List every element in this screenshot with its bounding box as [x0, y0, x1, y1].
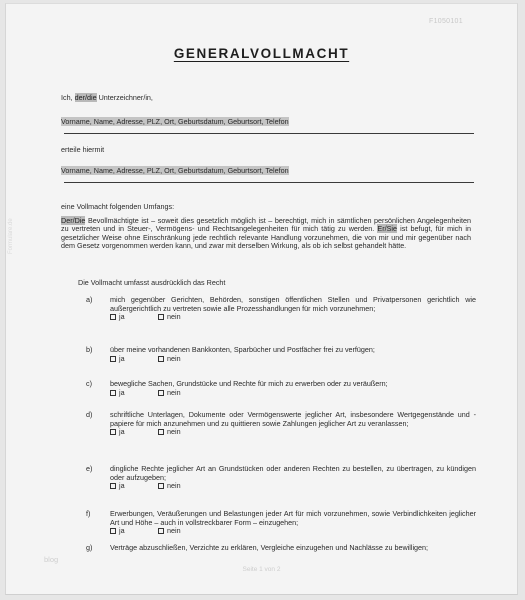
item-letter: b) — [86, 346, 92, 355]
agent-field-line — [64, 182, 474, 183]
item-text: bewegliche Sachen, Grundstücke und Recht… — [110, 380, 476, 389]
item-text: dingliche Rechte jeglicher Art an Grunds… — [110, 465, 476, 482]
no-option[interactable]: nein — [158, 313, 206, 322]
no-checkbox[interactable] — [158, 356, 164, 362]
item-letter: d) — [86, 411, 92, 420]
yes-option[interactable]: ja — [110, 428, 158, 437]
no-label: nein — [167, 482, 181, 491]
yes-label: ja — [119, 527, 125, 536]
no-checkbox[interactable] — [158, 429, 164, 435]
yes-checkbox[interactable] — [110, 356, 116, 362]
item-letter: c) — [86, 380, 92, 389]
no-label: nein — [167, 428, 181, 437]
document-title-text: GENERALVOLLMACHT — [174, 46, 349, 61]
no-checkbox[interactable] — [158, 390, 164, 396]
item-text: schriftliche Unterlagen, Dokumente oder … — [110, 411, 476, 428]
yes-option[interactable]: ja — [110, 527, 158, 536]
grant-text: erteile hiermit — [61, 146, 104, 155]
no-label: nein — [167, 527, 181, 536]
principal-field-placeholder[interactable]: Vorname, Name, Adresse, PLZ, Ort, Geburt… — [61, 117, 289, 126]
no-checkbox[interactable] — [158, 528, 164, 534]
no-option[interactable]: nein — [158, 355, 206, 364]
yes-option[interactable]: ja — [110, 482, 158, 491]
page-footer: Seite 1 von 2 — [6, 566, 517, 573]
yes-label: ja — [119, 355, 125, 364]
item-choices: ja nein — [110, 389, 476, 398]
intro-line: Ich, der/die Unterzeichner/in, — [61, 94, 153, 103]
no-checkbox[interactable] — [158, 314, 164, 320]
agent-field[interactable]: Vorname, Name, Adresse, PLZ, Ort, Geburt… — [61, 167, 289, 176]
side-watermark: Formulare.de — [8, 218, 14, 254]
yes-checkbox[interactable] — [110, 429, 116, 435]
yes-option[interactable]: ja — [110, 355, 158, 364]
item-letter: a) — [86, 296, 92, 305]
corner-watermark: blog — [44, 555, 58, 564]
intro-suffix: Unterzeichner/in, — [97, 93, 153, 102]
yes-checkbox[interactable] — [110, 390, 116, 396]
yes-option[interactable]: ja — [110, 389, 158, 398]
agent-field-placeholder[interactable]: Vorname, Name, Adresse, PLZ, Ort, Geburt… — [61, 166, 289, 175]
item-choices: ja nein — [110, 428, 476, 437]
item-text: über meine vorhandenen Bankkonten, Sparb… — [110, 346, 476, 355]
intro-prefix: Ich, — [61, 93, 75, 102]
item-choices: ja nein — [110, 482, 476, 491]
item-choices: ja nein — [110, 527, 476, 536]
principal-field[interactable]: Vorname, Name, Adresse, PLZ, Ort, Geburt… — [61, 118, 289, 127]
yes-option[interactable]: ja — [110, 313, 158, 322]
item-choices: ja nein — [110, 313, 476, 322]
item-text: Erwerbungen, Veräußerungen und Belastung… — [110, 510, 476, 527]
item-letter: e) — [86, 465, 92, 474]
item-text: Verträge abzuschließen, Verzichte zu erk… — [110, 544, 476, 553]
item-text: mich gegenüber Gerichten, Behörden, sons… — [110, 296, 476, 313]
item-letter: g) — [86, 544, 92, 553]
yes-checkbox[interactable] — [110, 528, 116, 534]
item-letter: f) — [86, 510, 90, 519]
yes-checkbox[interactable] — [110, 314, 116, 320]
yes-label: ja — [119, 313, 125, 322]
intro-gender-highlight[interactable]: der/die — [75, 93, 97, 102]
scope-heading: eine Vollmacht folgenden Umfangs: — [61, 203, 174, 212]
no-label: nein — [167, 389, 181, 398]
yes-label: ja — [119, 389, 125, 398]
yes-label: ja — [119, 482, 125, 491]
no-option[interactable]: nein — [158, 482, 206, 491]
principal-field-line — [64, 133, 474, 134]
item-choices: ja nein — [110, 355, 476, 364]
yes-label: ja — [119, 428, 125, 437]
no-option[interactable]: nein — [158, 428, 206, 437]
no-option[interactable]: nein — [158, 389, 206, 398]
no-label: nein — [167, 355, 181, 364]
yes-checkbox[interactable] — [110, 483, 116, 489]
scope-paragraph: Der/Die Bevollmächtigte ist – soweit die… — [61, 217, 471, 250]
document-page: F1050101 GENERALVOLLMACHT Formulare.de I… — [5, 3, 518, 595]
form-id: F1050101 — [429, 18, 463, 25]
no-label: nein — [167, 313, 181, 322]
rights-heading: Die Vollmacht umfasst ausdrücklich das R… — [78, 279, 225, 288]
no-checkbox[interactable] — [158, 483, 164, 489]
document-title: GENERALVOLLMACHT — [6, 46, 517, 61]
no-option[interactable]: nein — [158, 527, 206, 536]
